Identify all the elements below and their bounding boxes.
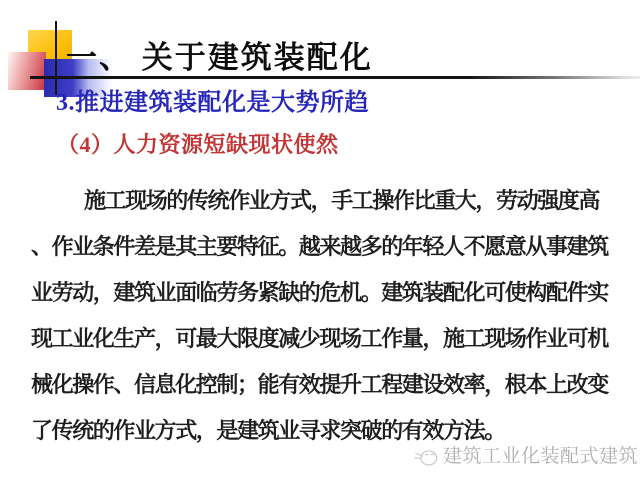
decoration-pink-square bbox=[8, 52, 46, 90]
section-subtitle: 3.推进建筑装配化是大势所趋 bbox=[56, 88, 369, 118]
body-line: 业劳动，建筑业面临劳务紧缺的危机。建筑装配化可使构配件实 bbox=[31, 270, 615, 316]
title-underline bbox=[30, 76, 640, 79]
body-line: 施工现场的传统作业方式，手工操作比重大，劳动强度高 bbox=[31, 178, 615, 224]
watermark-text: 建筑工业化装配式建筑网 bbox=[443, 444, 640, 470]
body-line: 现工业化生产，可最大限度减少现场工作量，施工现场作业可机 bbox=[31, 316, 615, 362]
body-line: 、作业条件差是其主要特征。越来越多的年轻人不愿意从事建筑 bbox=[31, 224, 615, 270]
body-line: 械化操作、信息化控制；能有效提升工程建设效率，根本上改变 bbox=[31, 362, 615, 408]
decoration-vertical-line bbox=[55, 21, 57, 95]
point-subtitle: （4）人力资源短缺现状使然 bbox=[57, 131, 339, 158]
bird-sketch-icon bbox=[412, 445, 440, 469]
slide-title: 一、 关于建筑装配化 bbox=[66, 40, 373, 76]
watermark: 建筑工业化装配式建筑网 bbox=[412, 444, 640, 470]
body-paragraph: 施工现场的传统作业方式，手工操作比重大，劳动强度高 、作业条件差是其主要特征。越… bbox=[31, 178, 615, 454]
slide: 一、 关于建筑装配化 3.推进建筑装配化是大势所趋 （4）人力资源短缺现状使然 … bbox=[0, 0, 640, 480]
